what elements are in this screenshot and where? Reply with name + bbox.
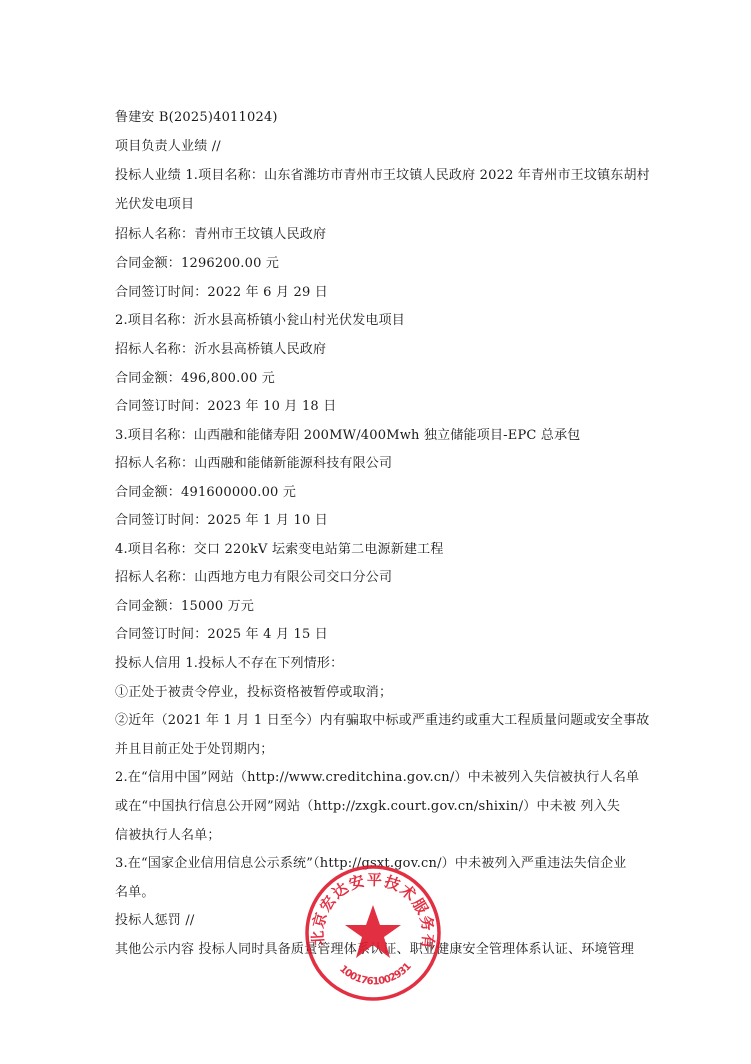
text-line: 3.项目名称：山西融和能储寿阳 200MW/400Mwh 独立储能项目-EPC … xyxy=(115,428,580,444)
text-line: 招标人名称：山西地方电力有限公司交口分公司 xyxy=(115,570,392,586)
text-line: ②近年（2021 年 1 月 1 日至今）内有骗取中标或严重违约或重大工程质量问… xyxy=(115,713,650,729)
company-seal: 北京宏达安平技术服务有限公司 10017610029313 xyxy=(303,863,443,1003)
text-line: 光伏发电项目 xyxy=(115,197,194,213)
text-line: 4.项目名称：交口 220kV 坛索变电站第二电源新建工程 xyxy=(115,542,444,558)
text-line: 名单。 xyxy=(115,885,155,901)
text-line: 投标人惩罚 // xyxy=(115,913,195,929)
text-line: ①正处于被责令停业，投标资格被暂停或取消； xyxy=(115,685,392,701)
text-line: 投标人业绩 1.项目名称：山东省潍坊市青州市王坟镇人民政府 2022 年青州市王… xyxy=(115,168,650,184)
text-line: 招标人名称：青州市王坟镇人民政府 xyxy=(115,227,326,243)
document-page: 鲁建安 B(2025)4011024)项目负责人业绩 //投标人业绩 1.项目名… xyxy=(0,0,751,1064)
text-line: 项目负责人业绩 // xyxy=(115,139,221,155)
text-line: 鲁建安 B(2025)4011024) xyxy=(115,110,278,126)
text-line: 并且目前正处于处罚期内； xyxy=(115,742,273,758)
seal-star-icon xyxy=(345,905,401,958)
text-line: 合同金额：496,800.00 元 xyxy=(115,371,275,387)
text-line: 合同签订时间：2022 年 6 月 29 日 xyxy=(115,285,328,301)
text-line: 合同金额：491600000.00 元 xyxy=(115,485,296,501)
text-line: 招标人名称：山西融和能储新能源科技有限公司 xyxy=(115,456,392,472)
text-line: 合同签订时间：2023 年 10 月 18 日 xyxy=(115,399,336,415)
text-line: 合同金额：15000 万元 xyxy=(115,599,254,615)
text-line: 信被执行人名单； xyxy=(115,828,221,844)
text-line: 2.在“信用中国”网站（http://www.creditchina.gov.c… xyxy=(115,770,639,786)
text-line: 合同金额：1296200.00 元 xyxy=(115,256,279,272)
text-line: 合同签订时间：2025 年 1 月 10 日 xyxy=(115,513,328,529)
text-line: 或在“中国执行信息公开网”网站（http://zxgk.court.gov.cn… xyxy=(115,799,620,815)
text-line: 招标人名称：沂水县高桥镇人民政府 xyxy=(115,342,326,358)
text-line: 合同签订时间：2025 年 4 月 15 日 xyxy=(115,627,328,643)
text-line: 投标人信用 1.投标人不存在下列情形： xyxy=(115,656,343,672)
text-line: 2.项目名称：沂水县高桥镇小瓮山村光伏发电项目 xyxy=(115,313,405,329)
